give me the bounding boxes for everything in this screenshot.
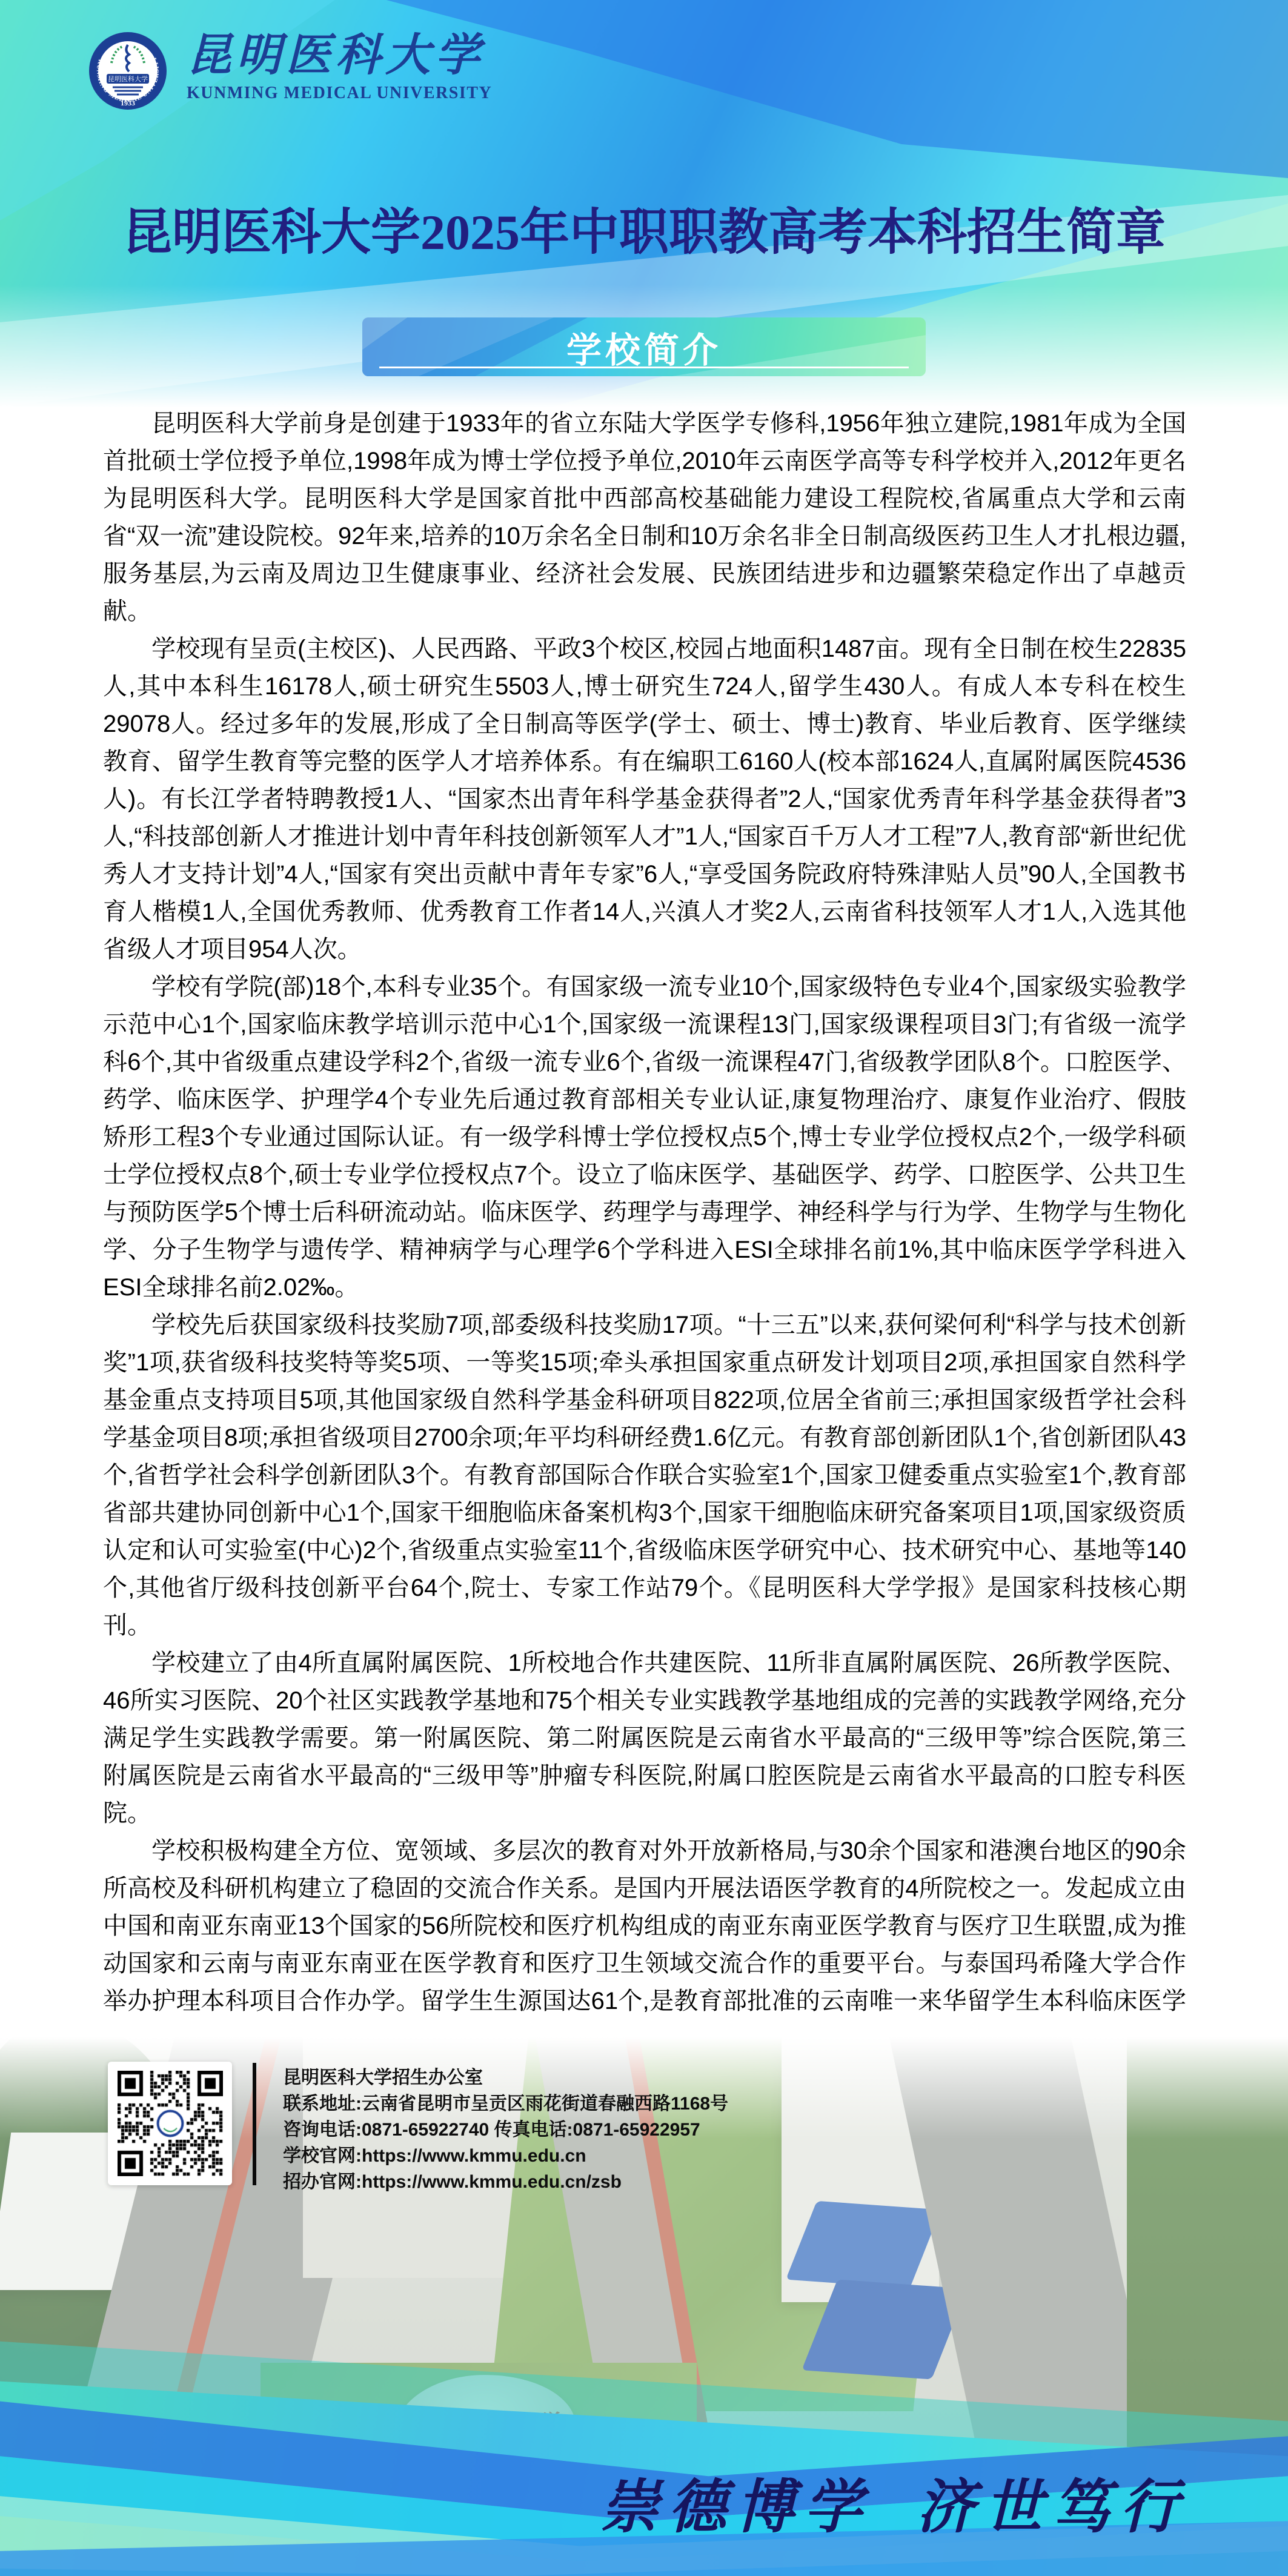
contact-website: 学校官网:https://www.kmmu.edu.cn: [283, 2143, 728, 2169]
university-brand: KUNMING MEDICAL UNIVERSITY 昆明医科大学 1933 昆…: [88, 32, 492, 110]
university-seal-icon: KUNMING MEDICAL UNIVERSITY 昆明医科大学 1933: [88, 32, 167, 110]
brand-name-english: KUNMING MEDICAL UNIVERSITY: [187, 84, 492, 103]
intro-paragraph: 学校建立了由4所直属附属医院、1所校地合作共建医院、11所非直属附属医院、26所…: [103, 1644, 1186, 1832]
intro-paragraph: 昆明医科大学前身是创建于1933年的省立东陆大学医学专修科,1956年独立建院,…: [103, 405, 1186, 630]
qr-card: [108, 2062, 232, 2185]
admission-poster: KUNMING MEDICAL UNIVERSITY 昆明医科大学 1933 昆…: [0, 0, 1288, 2576]
contact-text: 昆明医科大学招生办公室 联系地址:云南省昆明市呈贡区雨花街道春融西路1168号 …: [283, 2065, 728, 2195]
brand-text: 昆明医科大学 KUNMING MEDICAL UNIVERSITY: [187, 32, 492, 103]
intro-paragraph: 学校现有呈贡(主校区)、人民西路、平政3个校区,校园占地面积1487亩。现有全日…: [103, 630, 1186, 968]
school-introduction: 昆明医科大学前身是创建于1933年的省立东陆大学医学专修科,1956年独立建院,…: [103, 405, 1186, 2133]
section-header-label: 学校简介: [566, 322, 722, 373]
intro-paragraph: 学校先后获国家级科技奖励7项,部委级科技奖励17项。“十三五”以来,获何梁何利“…: [103, 1306, 1186, 1644]
contact-address: 联系地址:云南省昆明市呈贡区雨花街道春融西路1168号: [283, 2091, 728, 2117]
section-header-underline: [379, 367, 909, 368]
contact-admissions-site: 招办官网:https://www.kmmu.edu.cn/zsb: [283, 2169, 728, 2195]
section-header-school-intro: 学校简介: [362, 317, 926, 376]
motto-left: 崇德博学: [600, 2475, 872, 2540]
contact-phone: 咨询电话:0871-65922740 传真电话:0871-65922957: [283, 2117, 728, 2143]
brand-name-chinese: 昆明医科大学: [187, 32, 492, 80]
qr-code: [118, 2071, 223, 2176]
intro-paragraph: 学校有学院(部)18个,本科专业35个。有国家级一流专业10个,国家级特色专业4…: [103, 968, 1186, 1306]
motto-right: 济世笃行: [917, 2475, 1188, 2540]
poster-title: 昆明医科大学2025年中职职教高考本科招生简章: [0, 193, 1288, 264]
contact-office: 昆明医科大学招生办公室: [283, 2065, 728, 2091]
university-motto: 崇德博学济世笃行: [600, 2461, 1188, 2544]
contact-divider: [253, 2063, 256, 2185]
svg-text:昆明医科大学: 昆明医科大学: [108, 75, 148, 83]
svg-text:1933: 1933: [121, 99, 135, 107]
